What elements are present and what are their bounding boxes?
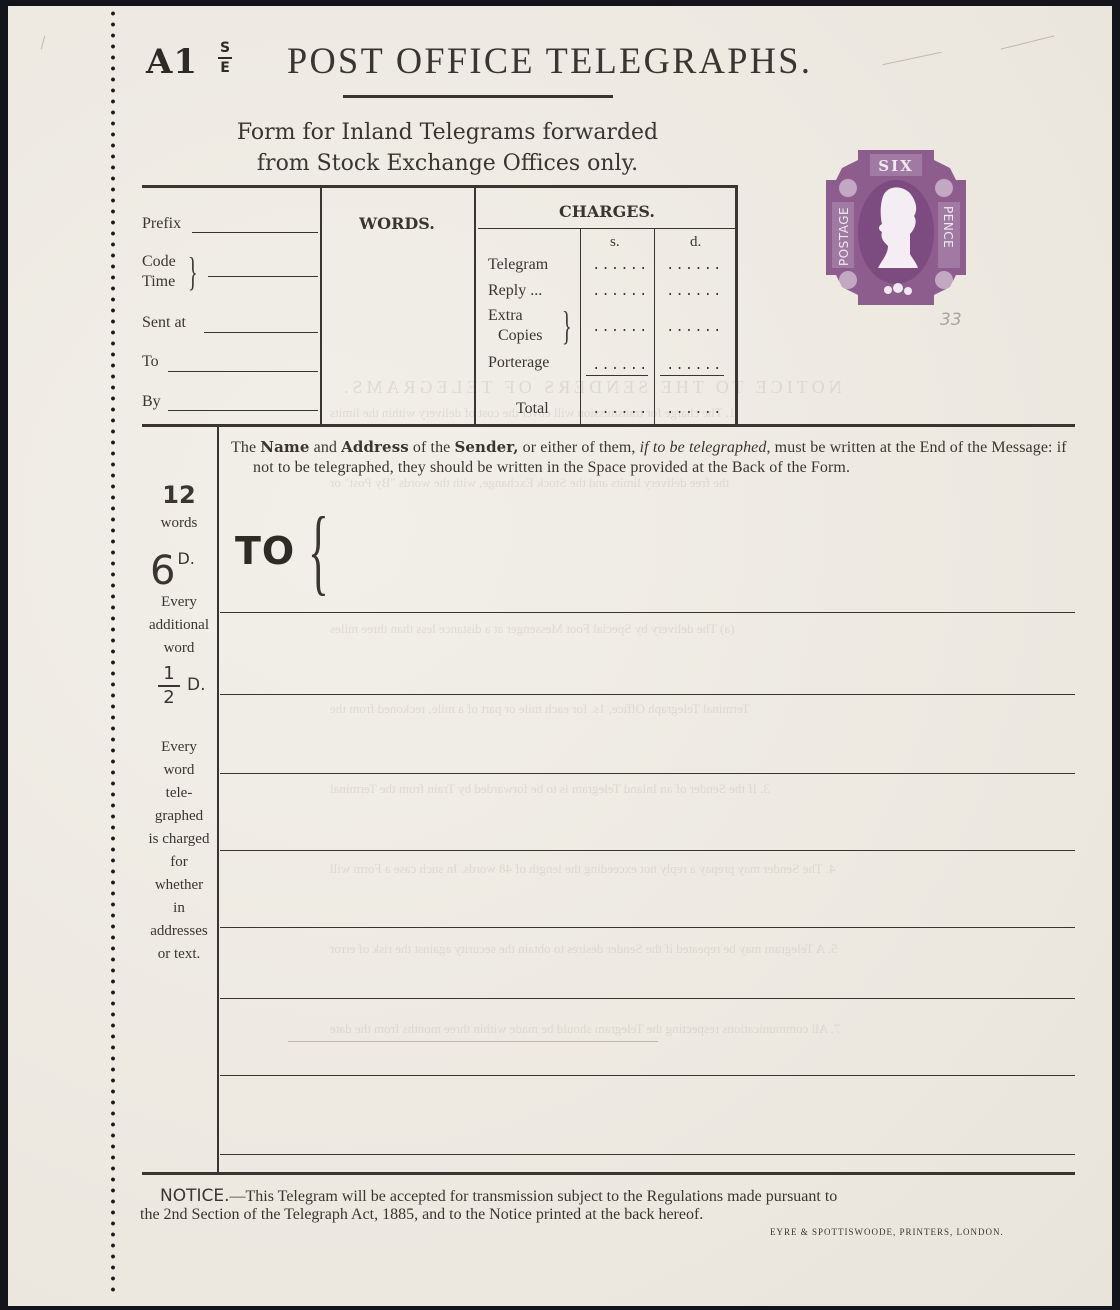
- sum-rule: [660, 375, 724, 376]
- form-code-suffix-bottom: E: [220, 60, 230, 76]
- message-faint-line: [288, 1041, 658, 1042]
- charge-note-line: tele-: [142, 782, 216, 805]
- charges-header-rule: [478, 228, 736, 229]
- section-divider: [142, 424, 1075, 427]
- recipient-to-label: TO: [235, 529, 295, 573]
- instr-bold: Sender,: [454, 438, 518, 456]
- message-line[interactable]: [220, 1154, 1075, 1155]
- prefix-field[interactable]: [192, 232, 318, 233]
- charge-note-line: whether: [142, 874, 216, 897]
- sent-at-label: Sent at: [142, 313, 186, 333]
- embossed-stamp: SIX POSTAGE PENCE: [826, 150, 966, 305]
- total-label: Total: [516, 399, 549, 419]
- printer-imprint: EYRE & SPOTTISWOODE, PRINTERS, LONDON.: [770, 1227, 1004, 1237]
- charge-note-line: graphed: [142, 805, 216, 828]
- brace-icon: }: [188, 252, 198, 292]
- title-underline: [343, 95, 613, 98]
- fraction-numerator: 1: [163, 663, 174, 684]
- svg-text:PENCE: PENCE: [941, 206, 955, 248]
- additional-line-3: word: [142, 637, 216, 660]
- base-word-count: 12: [142, 481, 216, 509]
- by-label: By: [142, 392, 161, 412]
- form-code-suffix: S E: [218, 40, 232, 76]
- porterage-shillings-field[interactable]: ......: [592, 358, 648, 374]
- subtitle-line-1: Form for Inland Telegrams forwarded: [160, 117, 735, 148]
- instr-text: or either of them,: [519, 439, 640, 456]
- instr-text: and: [310, 439, 342, 456]
- queen-victoria-six-pence-stamp-icon: SIX POSTAGE PENCE: [826, 150, 966, 305]
- telegram-charge-label: Telegram: [488, 255, 548, 275]
- recipient-address-field[interactable]: [330, 500, 1075, 610]
- charge-note-line: Every: [142, 736, 216, 759]
- reply-shillings-field[interactable]: ......: [592, 284, 648, 300]
- form-code: A1: [146, 42, 198, 82]
- charge-note-line: is charged: [142, 828, 216, 851]
- rates-column-divider: [217, 427, 219, 1174]
- half-penny-fraction: 1 2: [158, 665, 180, 707]
- extra-copies-pence-field[interactable]: ......: [666, 320, 722, 336]
- base-price-unit: D.: [177, 549, 194, 568]
- charge-note-line: word: [142, 759, 216, 782]
- words-count-field[interactable]: [324, 238, 472, 423]
- porterage-pence-field[interactable]: ......: [666, 358, 722, 374]
- shillings-column-header: s.: [610, 234, 620, 251]
- charge-note-line: or text.: [142, 943, 216, 966]
- sender-instructions: The Name and Address of the Sender, or e…: [231, 437, 1076, 478]
- telegram-pence-field[interactable]: ......: [666, 258, 722, 274]
- form-code-suffix-divider: [218, 57, 232, 59]
- words-column-header: WORDS.: [322, 214, 472, 233]
- reply-pence-field[interactable]: ......: [666, 284, 722, 300]
- code-time-field[interactable]: [208, 276, 318, 277]
- perforated-edge: [110, 8, 116, 1298]
- svg-text:SIX: SIX: [878, 157, 914, 175]
- message-line[interactable]: [220, 850, 1075, 851]
- notice-text: —This Telegram will be accepted for tran…: [230, 1188, 838, 1205]
- base-price: 6D.: [150, 537, 195, 593]
- base-price-value: 6: [150, 548, 175, 594]
- pence-column-divider: [654, 228, 655, 425]
- column-divider: [474, 188, 476, 425]
- pencil-reference-number: 33: [940, 310, 962, 330]
- instr-bold: Name: [260, 438, 309, 456]
- notice-line-2: the 2nd Section of the Telegraph Act, 18…: [140, 1206, 703, 1224]
- words-label: words: [142, 512, 216, 535]
- total-pence-field[interactable]: ......: [666, 402, 722, 418]
- additional-line-2: additional: [142, 614, 216, 637]
- porterage-label: Porterage: [488, 353, 549, 373]
- notice-heading: NOTICE.: [160, 1186, 230, 1206]
- subtitle-line-2: from Stock Exchange Offices only.: [160, 148, 735, 179]
- message-line[interactable]: [220, 998, 1075, 999]
- form-subtitle: Form for Inland Telegrams forwarded from…: [160, 117, 735, 179]
- prefix-label: Prefix: [142, 214, 181, 234]
- instr-bold: Address: [341, 438, 409, 456]
- instr-italic: if to be telegraphed: [640, 439, 767, 456]
- charge-note-line: for: [142, 851, 216, 874]
- by-field[interactable]: [168, 410, 318, 411]
- instr-text: The: [231, 439, 260, 456]
- extra-label: Extra: [488, 306, 523, 326]
- message-line[interactable]: [220, 1075, 1075, 1076]
- brace-icon: {: [308, 503, 329, 599]
- to-office-field[interactable]: [168, 371, 318, 372]
- fraction-denominator: 2: [163, 687, 174, 708]
- fraction-unit: D.: [187, 675, 206, 695]
- charge-note-line: addresses: [142, 920, 216, 943]
- instr-text: of the: [409, 439, 455, 456]
- code-label: Code: [142, 252, 176, 272]
- svg-text:POSTAGE: POSTAGE: [837, 207, 851, 266]
- copies-label: Copies: [498, 326, 542, 346]
- message-line[interactable]: [220, 927, 1075, 928]
- charge-note-line: in: [142, 897, 216, 920]
- to-office-label: To: [142, 352, 159, 372]
- shillings-column-divider: [580, 228, 581, 425]
- message-line[interactable]: [220, 612, 1075, 613]
- extra-copies-shillings-field[interactable]: ......: [592, 320, 648, 336]
- notice-line-1: NOTICE.—This Telegram will be accepted f…: [160, 1186, 837, 1206]
- message-line[interactable]: [220, 773, 1075, 774]
- time-label: Time: [142, 272, 175, 292]
- sent-at-field[interactable]: [204, 332, 318, 333]
- page-title: POST OFFICE TELEGRAPHS.: [287, 40, 812, 83]
- total-shillings-field[interactable]: ......: [592, 402, 648, 418]
- telegram-shillings-field[interactable]: ......: [592, 258, 648, 274]
- brace-icon: }: [562, 306, 572, 346]
- charges-header: CHARGES.: [478, 202, 736, 221]
- form-code-suffix-top: S: [220, 40, 230, 56]
- pence-column-header: d.: [690, 234, 701, 251]
- sum-rule: [586, 375, 648, 376]
- reply-charge-label: Reply ...: [488, 281, 542, 301]
- message-line[interactable]: [220, 694, 1075, 695]
- office-charges-table: Prefix Code Time } Sent at To By WORDS. …: [142, 185, 738, 425]
- message-area-bottom-rule: [142, 1172, 1075, 1175]
- additional-line-1: Every: [142, 591, 216, 614]
